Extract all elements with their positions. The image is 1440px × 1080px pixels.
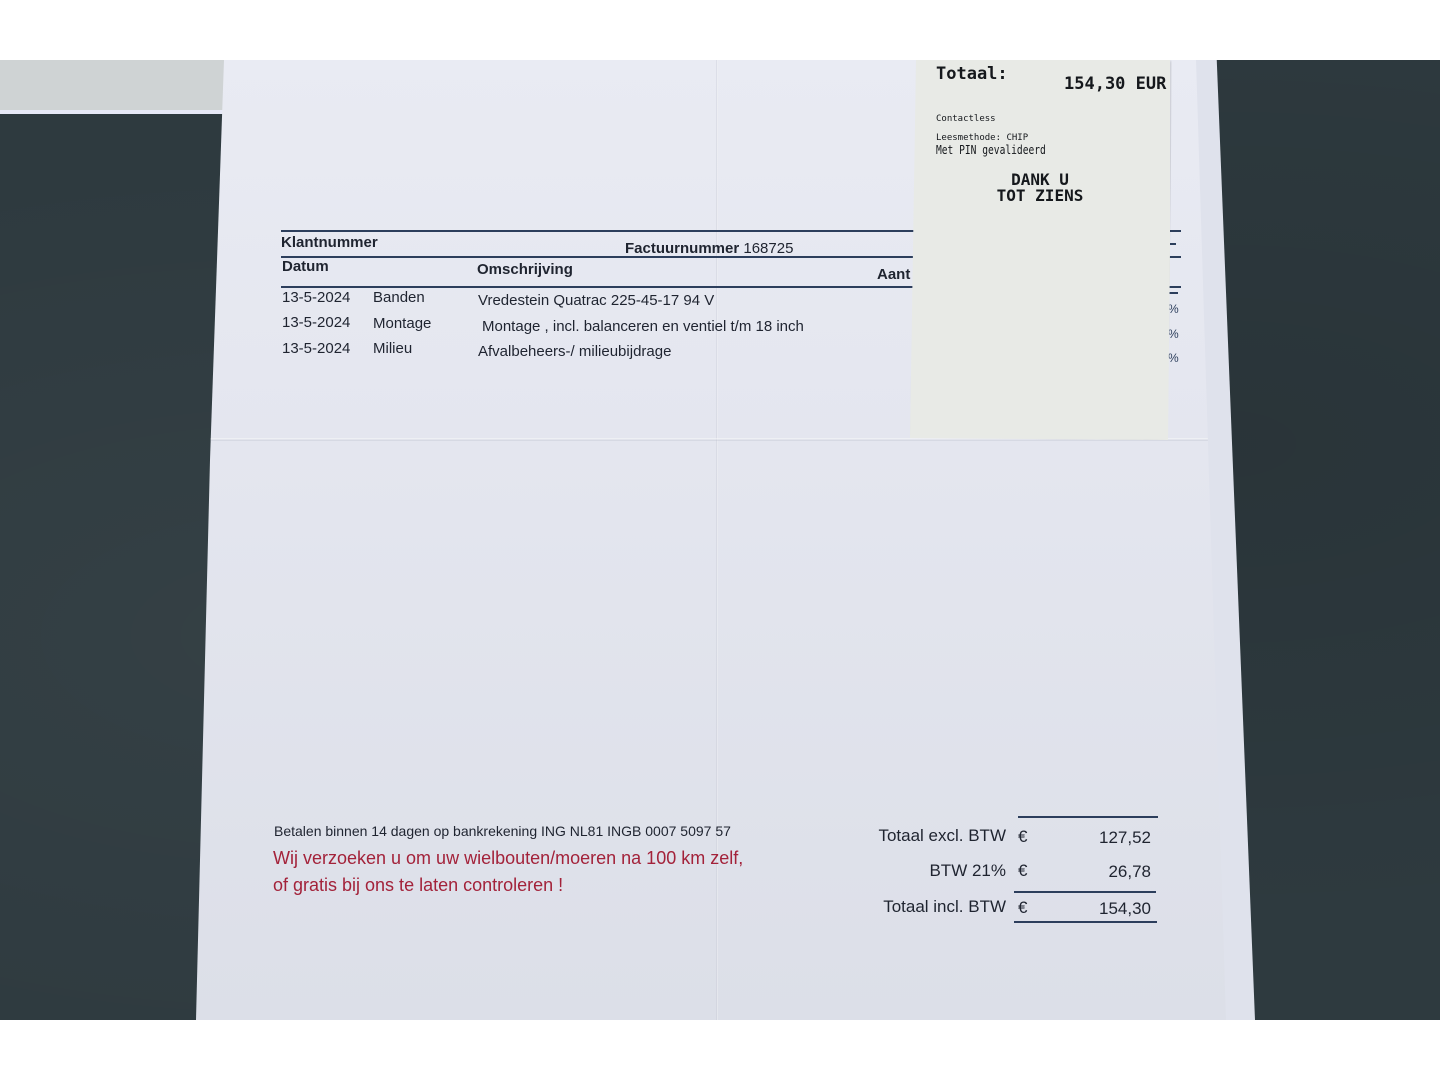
- notice-line-1: Wij verzoeken u om uw wielbouten/moeren …: [273, 848, 743, 869]
- receipt-total-value: 154,30 EUR: [1064, 74, 1166, 94]
- line-date: 13-5-2024: [282, 314, 350, 331]
- column-header-quantity: Aant: [877, 266, 910, 283]
- total-excl-value: 127,52: [1051, 828, 1151, 848]
- vat-label: BTW 21%: [806, 861, 1006, 881]
- total-incl-value: 154,30: [1051, 899, 1151, 919]
- total-incl-label: Totaal incl. BTW: [806, 897, 1006, 917]
- receipt-total-label: Totaal:: [936, 64, 1008, 84]
- vat-value: 26,78: [1051, 862, 1151, 882]
- payment-terms: Betalen binnen 14 dagen op bankrekening …: [274, 823, 731, 839]
- edge-percent: %: [1168, 327, 1179, 341]
- line-date: 13-5-2024: [282, 340, 350, 357]
- background-paper-stack: [0, 60, 230, 114]
- line-category: Milieu: [373, 340, 412, 357]
- invoice-number-value: 168725: [743, 240, 793, 257]
- line-description: Vredestein Quatrac 225-45-17 94 V: [478, 292, 714, 309]
- receipt-payment-type: Contactless: [936, 114, 996, 124]
- invoice-number-label: Factuurnummer: [625, 240, 739, 257]
- line-category: Montage: [373, 315, 431, 332]
- line-date: 13-5-2024: [282, 289, 350, 306]
- customer-number-label: Klantnummer: [281, 234, 378, 251]
- edge-percent: %: [1168, 351, 1179, 365]
- line-description: Afvalbeheers-/ milieubijdrage: [478, 343, 671, 360]
- receipt-thanks-2: TOT ZIENS: [950, 186, 1130, 205]
- pin-receipt: Totaal: 154,30 EUR Contactless Leesmetho…: [910, 60, 1170, 440]
- photo-area: Klantnummer Factuurnummer 168725 Datum O…: [0, 60, 1440, 1020]
- totals-rule-top: [1018, 816, 1158, 818]
- currency-symbol: €: [1018, 898, 1027, 918]
- column-header-description: Omschrijving: [477, 261, 573, 278]
- paper-fold-vertical: [716, 60, 718, 1020]
- notice-line-2: of gratis bij ons te laten controleren !: [273, 875, 563, 896]
- currency-symbol: €: [1018, 827, 1027, 847]
- invoice-number: Factuurnummer 168725: [625, 240, 793, 257]
- total-excl-label: Totaal excl. BTW: [806, 826, 1006, 846]
- currency-symbol: €: [1018, 861, 1027, 881]
- receipt-validation: Met PIN gevalideerd: [936, 143, 1046, 157]
- totals-rule-mid: [1014, 891, 1156, 893]
- line-category: Banden: [373, 289, 425, 306]
- line-description: Montage , incl. balanceren en ventiel t/…: [482, 318, 804, 335]
- edge-percent: %: [1168, 302, 1179, 316]
- receipt-read-method: Leesmethode: CHIP: [936, 133, 1028, 143]
- totals-rule-bottom: [1014, 921, 1157, 923]
- column-header-date: Datum: [282, 258, 329, 275]
